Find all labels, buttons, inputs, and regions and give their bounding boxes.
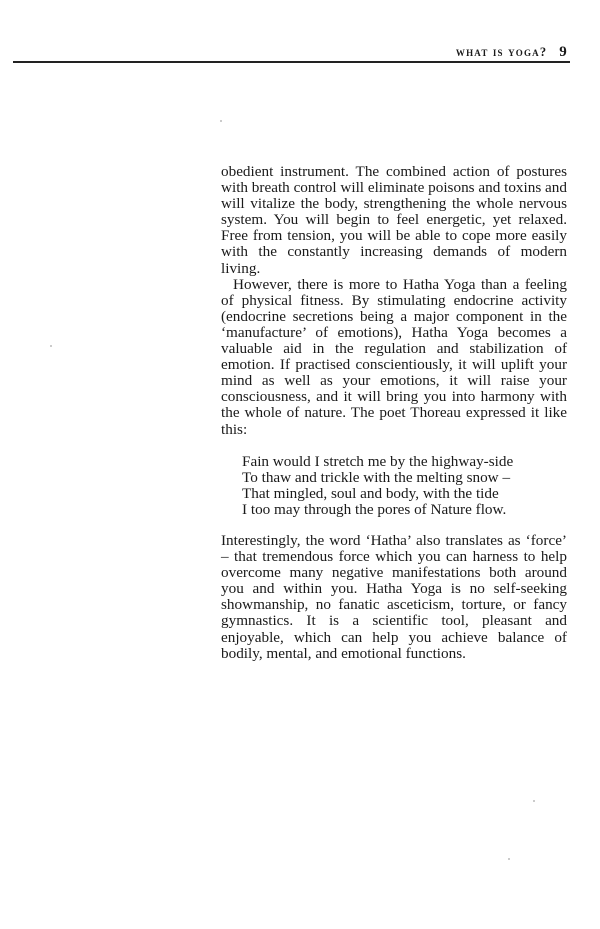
verse-line: To thaw and trickle with the melting sno… <box>242 470 567 486</box>
page-number: 9 <box>559 44 568 60</box>
verse-line: That mingled, soul and body, with the ti… <box>242 486 567 502</box>
running-head: WHAT IS YOGA? 9 <box>456 44 568 61</box>
scan-speck <box>533 800 535 802</box>
header-rule <box>13 61 570 63</box>
verse-line: I too may through the pores of Nature fl… <box>242 502 567 518</box>
paragraph-1: obedient instrument. The combined action… <box>221 164 567 277</box>
running-title: WHAT IS YOGA? <box>456 45 547 59</box>
scan-speck <box>50 345 52 347</box>
paragraph-2: However, there is more to Hatha Yoga tha… <box>221 277 567 438</box>
scan-speck <box>508 858 510 860</box>
body-text: obedient instrument. The combined action… <box>221 164 567 662</box>
verse-line: Fain would I stretch me by the highway-s… <box>242 454 567 470</box>
closing-paragraph: Interestingly, the word ‘Hatha’ also tra… <box>221 533 567 662</box>
scan-speck <box>220 120 222 122</box>
verse-quote: Fain would I stretch me by the highway-s… <box>242 454 567 518</box>
